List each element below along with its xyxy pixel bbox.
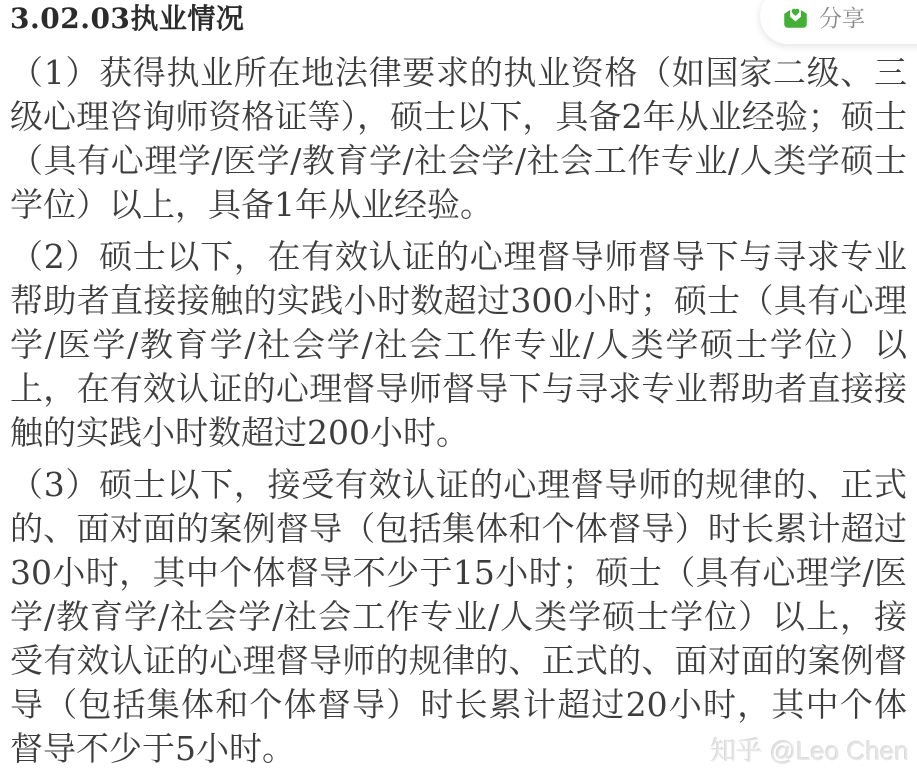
zhihu-author-watermark: 知乎 @Leo Chen (711, 731, 909, 768)
share-button-label: 分享 (819, 0, 865, 33)
paragraph-2: （2）硕士以下，在有效认证的心理督导师督导下与寻求专业帮助者直接接触的实践小时数… (10, 235, 907, 455)
share-envelope-heart-icon (782, 3, 809, 30)
paragraph-3: （3）硕士以下，接受有效认证的心理督导师的规律的、正式的、面对面的案例督导（包括… (10, 463, 907, 771)
paragraph-1: （1）获得执业所在地法律要求的执业资格（如国家二级、三级心理咨询师资格证等），硕… (10, 51, 907, 227)
article-body: 3.02.03执业情况 （1）获得执业所在地法律要求的执业资格（如国家二级、三级… (0, 1, 917, 771)
share-button[interactable]: 分享 (760, 0, 917, 44)
